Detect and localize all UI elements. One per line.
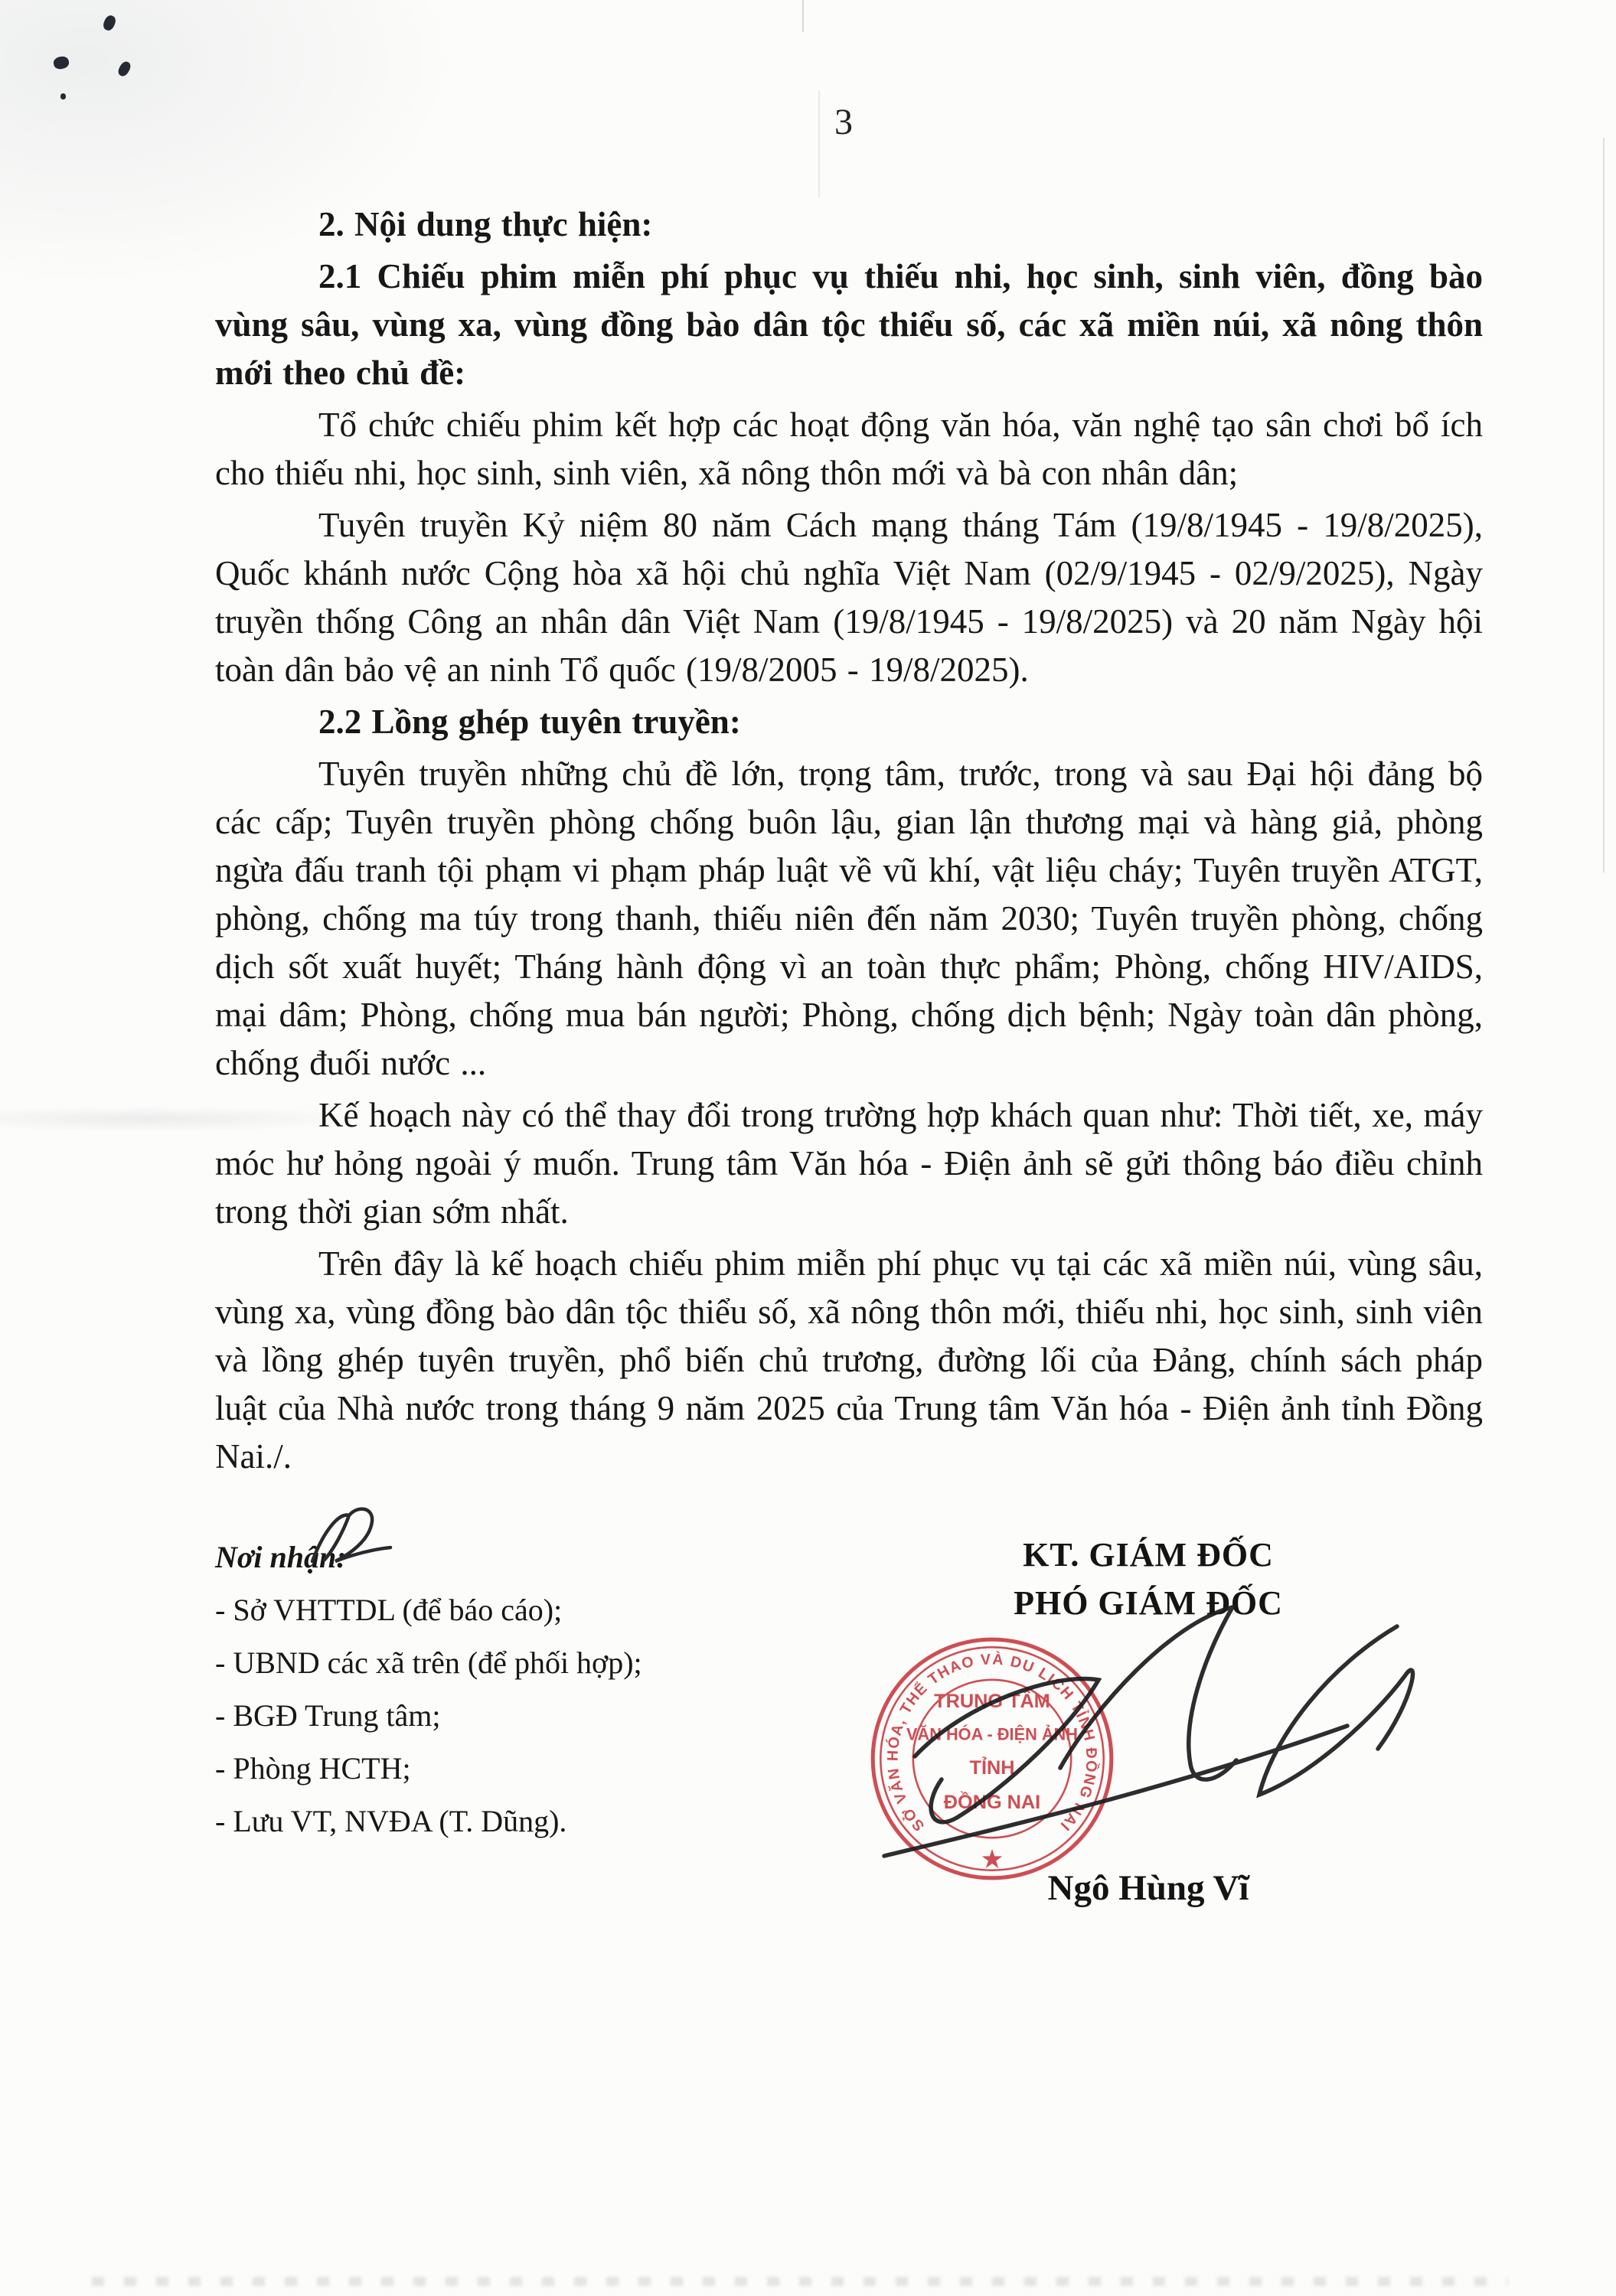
ink-bleedthrough bbox=[92, 2277, 1508, 2286]
scan-edge-line bbox=[1603, 138, 1605, 872]
handwritten-signature bbox=[842, 1592, 1454, 1898]
paragraph: Kế hoạch này có thể thay đổi trong trườn… bbox=[215, 1091, 1483, 1236]
scanned-document-page: 3 2. Nội dung thực hiện: 2.1 Chiếu phim … bbox=[0, 0, 1616, 2296]
paragraph: Tuyên truyền Kỷ niệm 80 năm Cách mạng th… bbox=[215, 501, 1483, 694]
paragraph: Trên đây là kế hoạch chiếu phim miễn phí… bbox=[215, 1240, 1483, 1481]
recipient-item: - Lưu VT, NVĐA (T. Dũng). bbox=[215, 1795, 843, 1848]
page-number: 3 bbox=[813, 101, 874, 143]
signer-name: Ngô Hùng Vĩ bbox=[919, 1867, 1378, 1909]
recipient-item: - Sở VHTTDL (để báo cáo); bbox=[215, 1583, 843, 1636]
ink-speck bbox=[60, 93, 66, 99]
paragraph-2-1: 2.1 Chiếu phim miễn phí phục vụ thiếu nh… bbox=[215, 253, 1483, 397]
recipient-item: - UBND các xã trên (để phối hợp); bbox=[215, 1636, 843, 1689]
section-heading-2: 2. Nội dung thực hiện: bbox=[215, 201, 1483, 249]
paragraph: Tổ chức chiếu phim kết hợp các hoạt động… bbox=[215, 401, 1483, 497]
paragraph: Tuyên truyền những chủ đề lớn, trọng tâm… bbox=[215, 750, 1483, 1088]
handwritten-mark bbox=[305, 1506, 404, 1570]
recipients-block: Nơi nhận: - Sở VHTTDL (để báo cáo); - UB… bbox=[215, 1531, 843, 1848]
recipient-item: - BGĐ Trung tâm; bbox=[215, 1689, 843, 1742]
approver-title: KT. GIÁM ĐỐC bbox=[880, 1531, 1416, 1579]
paper-crease bbox=[802, 0, 804, 32]
document-body: 2. Nội dung thực hiện: 2.1 Chiếu phim mi… bbox=[215, 201, 1483, 1485]
recipient-item: - Phòng HCTH; bbox=[215, 1742, 843, 1795]
section-heading-2-2: 2.2 Lồng ghép tuyên truyền: bbox=[215, 698, 1483, 746]
